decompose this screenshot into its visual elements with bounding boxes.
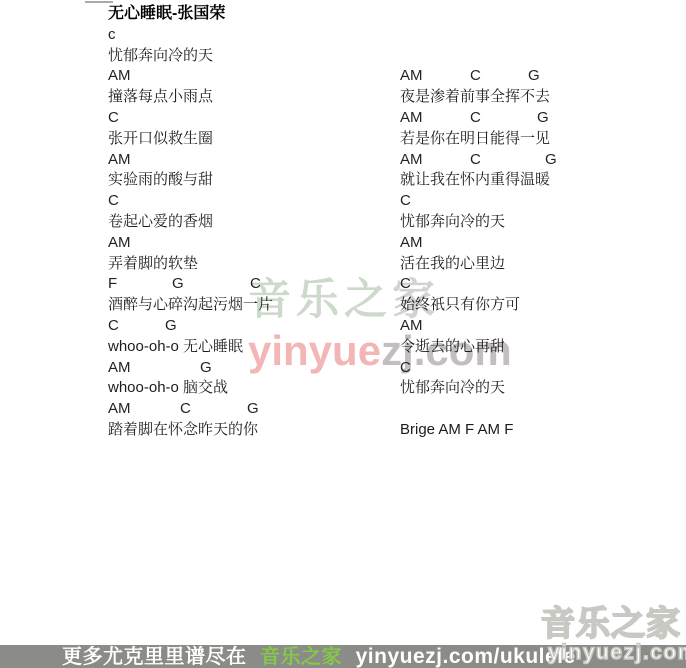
- corner-logo-url: yinyuezj.com: [548, 641, 686, 665]
- chord-label: AM: [400, 150, 423, 171]
- chord-label: C: [108, 108, 119, 129]
- lyric-line: 撞落每点小雨点: [108, 87, 273, 108]
- chord-label: G: [200, 358, 212, 379]
- chord-label: AM: [400, 108, 423, 129]
- chord-label: C: [470, 108, 481, 129]
- chord-label: AM: [108, 150, 131, 171]
- lyric-line: 踏着脚在怀念昨天的你: [108, 420, 273, 441]
- banner-slogan: 更多尤克里里谱尽在: [62, 646, 247, 668]
- chord-label: C: [108, 191, 119, 212]
- chord-line: AMCG: [400, 66, 550, 87]
- lyric-line: 忧郁奔向冷的天: [400, 378, 550, 399]
- chord-line: FGC: [108, 274, 273, 295]
- lyrics-column-right: AMCG夜是渗着前事全挥不去AMCG若是你在明日能得一见AMCG就让我在怀内重得…: [400, 66, 550, 440]
- chord-label: C: [180, 399, 191, 420]
- lyric-line: whoo-oh-o 无心睡眠: [108, 337, 273, 358]
- lyric-line: Brige AM F AM F: [400, 420, 550, 441]
- lyric-line: 张开口似救生圈: [108, 129, 273, 150]
- lyric-line: whoo-oh-o 脑交战: [108, 378, 273, 399]
- chord-label: AM: [108, 358, 131, 379]
- chord-line: AMG: [108, 358, 273, 379]
- chord-line: AM: [400, 316, 550, 337]
- chord-line: AM: [108, 233, 273, 254]
- chord-line: AM: [400, 233, 550, 254]
- chord-line: c: [108, 25, 273, 46]
- page-top-rule: [85, 1, 113, 3]
- lyric-line: 若是你在明日能得一见: [400, 129, 550, 150]
- chord-label: C: [250, 274, 261, 295]
- chord-label: G: [528, 66, 540, 87]
- chord-label: AM: [400, 66, 423, 87]
- lyric-line: 始终祇只有你方可: [400, 295, 550, 316]
- lyric-line: 活在我的心里边: [400, 254, 550, 275]
- lyric-line: 夜是渗着前事全挥不去: [400, 87, 550, 108]
- chord-label: C: [400, 358, 411, 379]
- chord-line: AM: [108, 150, 273, 171]
- corner-logo-brand: 音乐之家: [541, 604, 681, 644]
- chord-label: C: [108, 316, 119, 337]
- chord-line: C: [400, 274, 550, 295]
- lyric-line: 忧郁奔向冷的天: [400, 212, 550, 233]
- lyrics-column-left: 无心睡眠-张国荣c忧郁奔向冷的天AM撞落每点小雨点C张开口似救生圈AM实验雨的酸…: [108, 4, 273, 441]
- lyric-line: 令逝去的心再甜: [400, 337, 550, 358]
- banner-brand: 音乐之家: [260, 646, 342, 668]
- chord-label: C: [400, 191, 411, 212]
- chord-label: G: [172, 274, 184, 295]
- chord-sheet-page: 音乐之家 yinyuezj.com 无心睡眠-张国荣c忧郁奔向冷的天AM撞落每点…: [0, 0, 686, 668]
- lyric-line: 实验雨的酸与甜: [108, 170, 273, 191]
- chord-label: C: [470, 66, 481, 87]
- chord-line: AM: [108, 66, 273, 87]
- chord-label: G: [537, 108, 549, 129]
- chord-label: AM: [108, 399, 131, 420]
- chord-line: AMCG: [400, 108, 550, 129]
- chord-label: AM: [108, 66, 131, 87]
- chord-label: F: [108, 274, 117, 295]
- chord-label: AM: [400, 316, 423, 337]
- chord-label: AM: [108, 233, 131, 254]
- chord-label: c: [108, 25, 116, 46]
- chord-line: C: [108, 108, 273, 129]
- lyric-line: 就让我在怀内重得温暖: [400, 170, 550, 191]
- banner-url: yinyuezj.com/ukulele: [356, 645, 576, 668]
- chord-line: C: [400, 358, 550, 379]
- chord-line: CG: [108, 316, 273, 337]
- chord-label: G: [545, 150, 557, 171]
- chord-label: C: [400, 274, 411, 295]
- chord-label: G: [165, 316, 177, 337]
- chord-line: C: [108, 191, 273, 212]
- chord-label: C: [470, 150, 481, 171]
- chord-label: AM: [400, 233, 423, 254]
- song-title: 无心睡眠-张国荣: [108, 4, 273, 25]
- lyric-line: 酒醉与心碎沟起污烟一片: [108, 295, 273, 316]
- lyric-line: 弄着脚的软垫: [108, 254, 273, 275]
- chord-line: AMCG: [108, 399, 273, 420]
- chord-line: C: [400, 191, 550, 212]
- chord-label: G: [247, 399, 259, 420]
- lyric-line: 卷起心爱的香烟: [108, 212, 273, 233]
- blank-line: [400, 399, 550, 420]
- lyric-line: 忧郁奔向冷的天: [108, 46, 273, 67]
- chord-line: AMCG: [400, 150, 550, 171]
